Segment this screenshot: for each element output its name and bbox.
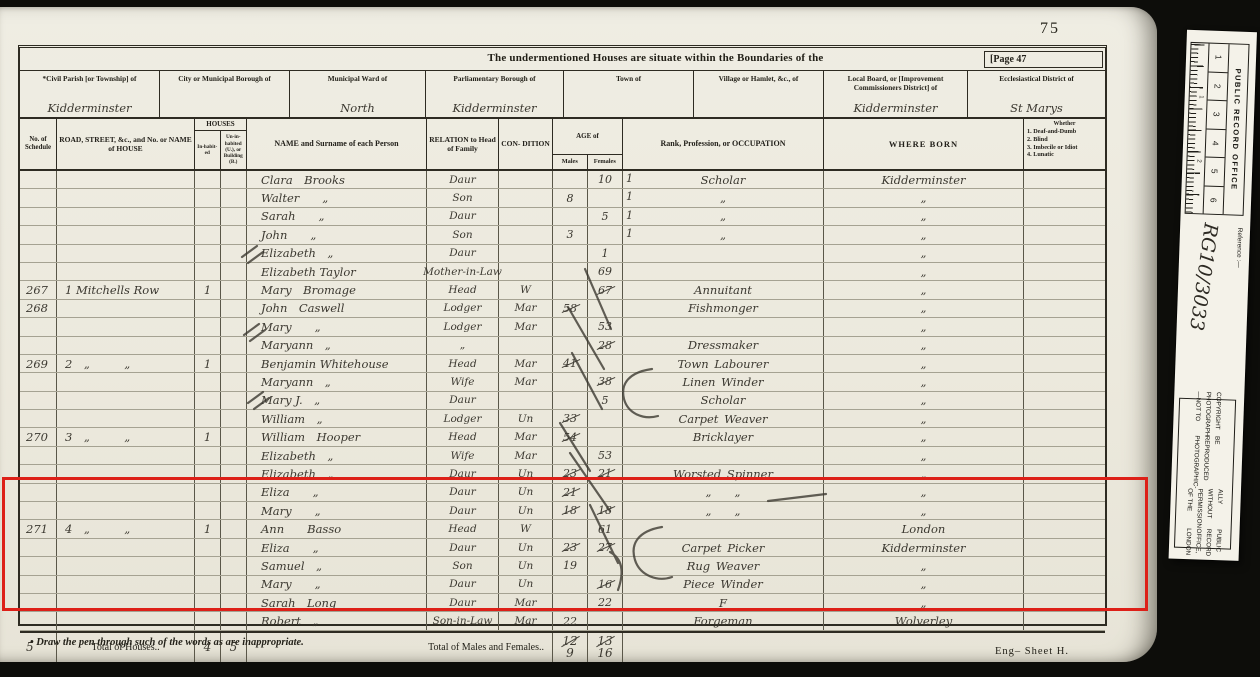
cell-f: 67 [588, 281, 623, 298]
reference-value: RG10/3033 [1185, 221, 1222, 331]
census-scan: { "page": { "number": "75", "page_ref": … [0, 0, 1260, 677]
cell-cond: Mar [499, 300, 553, 317]
cell-name: Maryann „ [247, 337, 427, 354]
cell-road: 1 Mitchells Row [57, 281, 195, 298]
table-row: William „LodgerUn33Carpet Weaver„ [20, 410, 1105, 428]
cell-rel: Lodger [427, 410, 499, 427]
cell-occ [623, 263, 824, 280]
table-row: 2703 „ „1William HooperHeadMar54Bricklay… [20, 428, 1105, 446]
cell-uninh [221, 189, 247, 206]
cell-m: 33 [553, 410, 588, 427]
cell-rel: Daur [427, 208, 499, 225]
cell-dis [1024, 337, 1105, 354]
cell-m: 3 [553, 226, 588, 243]
cell-m [553, 263, 588, 280]
cell-sch [20, 612, 57, 629]
cell-occ [623, 245, 824, 262]
cell-inh [195, 189, 221, 206]
cell-m [553, 447, 588, 464]
cell-sch: 270 [20, 428, 57, 445]
cell-sch [20, 189, 57, 206]
cell-sch [20, 318, 57, 335]
cell-name: Mary J. „ [247, 392, 427, 409]
cell-occ: 1„ [623, 189, 824, 206]
cell-cond: Un [499, 410, 553, 427]
page-ref-box: [Page 47 [984, 51, 1103, 68]
cell-rel: Wife [427, 373, 499, 390]
district-field: Village or Hamlet, &c., of [694, 71, 824, 117]
cell-uninh [221, 226, 247, 243]
cell-born: „ [824, 337, 1024, 354]
cell-f: 28 [588, 337, 623, 354]
column-headers: No. of Schedule ROAD, STREET, &c., and N… [20, 119, 1105, 171]
cell-occ: 1„ [623, 226, 824, 243]
cell-name: Elizabeth Taylor [247, 263, 427, 280]
cell-inh [195, 208, 221, 225]
table-row: Mary „LodgerMar53„ [20, 318, 1105, 336]
cell-uninh [221, 263, 247, 280]
table-row: John „Son31„„ [20, 226, 1105, 244]
table-row: Walter „Son81„„ [20, 189, 1105, 207]
cell-rel: Son [427, 189, 499, 206]
cell-f [588, 300, 623, 317]
cell-road: 3 „ „ [57, 428, 195, 445]
cell-m [553, 208, 588, 225]
cell-name: Mary Bromage [247, 281, 427, 298]
cell-m [553, 373, 588, 390]
cell-road [57, 171, 195, 188]
cell-m [553, 281, 588, 298]
cell-dis [1024, 373, 1105, 390]
table-row: Elizabeth TaylorMother-in-Law69„ [20, 263, 1105, 281]
cell-road [57, 263, 195, 280]
cell-name: William „ [247, 410, 427, 427]
cell-uninh [221, 447, 247, 464]
cell-born: Wolverley [824, 612, 1024, 629]
cell-occ: Forgeman [623, 612, 824, 629]
cell-rel: Head [427, 281, 499, 298]
cell-dis [1024, 428, 1105, 445]
cell-rel: „ [427, 337, 499, 354]
cell-rel: Daur [427, 245, 499, 262]
cell-sch [20, 245, 57, 262]
cell-dis [1024, 447, 1105, 464]
cell-sch: 269 [20, 355, 57, 372]
cell-m [553, 171, 588, 188]
cell-dis [1024, 392, 1105, 409]
cell-inh [195, 171, 221, 188]
district-header: *Civil Parish [or Township] ofKiddermins… [20, 71, 1105, 119]
col-where-born: WHERE BORN [824, 119, 1024, 169]
cell-road: 2 „ „ [57, 355, 195, 372]
cell-born: „ [824, 447, 1024, 464]
cell-rel: Son [427, 226, 499, 243]
cell-sch [20, 208, 57, 225]
cell-name: Robert „ [247, 612, 427, 629]
cell-rel: Mother-in-Law [427, 263, 499, 280]
cell-f: 10 [588, 171, 623, 188]
cell-f [588, 226, 623, 243]
cell-dis [1024, 245, 1105, 262]
cell-sch [20, 392, 57, 409]
cell-born: „ [824, 245, 1024, 262]
cell-road [57, 208, 195, 225]
cell-uninh [221, 612, 247, 629]
cell-occ: Linen Winder [623, 373, 824, 390]
cell-sch [20, 373, 57, 390]
cell-inh [195, 300, 221, 317]
cell-name: Clara Brooks [247, 171, 427, 188]
col-road: ROAD, STREET, &c., and No. or NAME of HO… [57, 119, 195, 169]
cell-cond: Mar [499, 612, 553, 629]
cell-f [588, 612, 623, 629]
cell-inh [195, 245, 221, 262]
cell-inh [195, 373, 221, 390]
footnote: • Draw the pen through such of the words… [30, 637, 304, 648]
table-row: Elizabeth „WifeMar53„ [20, 447, 1105, 465]
cell-rel: Head [427, 355, 499, 372]
col-condition: CON- DITION [499, 119, 553, 169]
reference-label: Reference :— [1235, 228, 1243, 268]
cell-born: „ [824, 263, 1024, 280]
cell-cond [499, 208, 553, 225]
cell-m: 22 [553, 612, 588, 629]
reference-section: Reference :— RG10/3033 [1174, 218, 1250, 396]
cell-inh [195, 318, 221, 335]
cell-rel: Daur [427, 171, 499, 188]
cell-born: „ [824, 428, 1024, 445]
cell-m: 54 [553, 428, 588, 445]
cell-occ: Scholar [623, 392, 824, 409]
cell-f [588, 189, 623, 206]
table-row: 2692 „ „1Benjamin WhitehouseHeadMar41Tow… [20, 355, 1105, 373]
cell-dis [1024, 355, 1105, 372]
table-row: Elizabeth „Daur1„ [20, 245, 1105, 263]
ruler: 1 2 1 2 3 4 5 6 PUBLIC RECORD OFFICE [1185, 42, 1250, 216]
census-page: 75 The undermentioned Houses are situate… [0, 7, 1157, 662]
cell-uninh [221, 392, 247, 409]
cell-cond [499, 392, 553, 409]
cell-dis [1024, 171, 1105, 188]
cell-occ: Town Labourer [623, 355, 824, 372]
cell-born: „ [824, 281, 1024, 298]
cell-occ: Annuitant [623, 281, 824, 298]
cell-uninh [221, 300, 247, 317]
cell-cond [499, 171, 553, 188]
cell-f [588, 355, 623, 372]
cell-rel: Daur [427, 392, 499, 409]
cell-road [57, 245, 195, 262]
cell-rel: Wife [427, 447, 499, 464]
cell-inh [195, 410, 221, 427]
district-field: Parliamentary Borough ofKidderminster [426, 71, 564, 117]
cell-f: 69 [588, 263, 623, 280]
total-females: 1316 [588, 633, 623, 662]
col-males: Males [553, 155, 588, 169]
cell-dis [1024, 226, 1105, 243]
cell-f: 5 [588, 392, 623, 409]
cell-sch [20, 226, 57, 243]
cell-road [57, 226, 195, 243]
cell-sch: 267 [20, 281, 57, 298]
cell-name: Elizabeth „ [247, 245, 427, 262]
record-highlight-box [2, 477, 1148, 611]
cell-uninh [221, 245, 247, 262]
cell-occ: Bricklayer [623, 428, 824, 445]
cell-occ: 1„ [623, 208, 824, 225]
table-row: 2671 Mitchells Row1Mary BromageHeadW67An… [20, 281, 1105, 299]
cell-dis [1024, 281, 1105, 298]
cell-f: 1 [588, 245, 623, 262]
cell-name: Maryann „ [247, 373, 427, 390]
cell-inh [195, 263, 221, 280]
cell-f [588, 428, 623, 445]
cell-born: „ [824, 392, 1024, 409]
page-number: 75 [1040, 20, 1060, 38]
cell-f: 5 [588, 208, 623, 225]
cell-rel: Son-in-Law [427, 612, 499, 629]
cell-inh [195, 447, 221, 464]
cell-name: Sarah „ [247, 208, 427, 225]
cell-inh [195, 392, 221, 409]
cell-occ: 1Scholar [623, 171, 824, 188]
col-name: NAME and Surname of each Person [247, 119, 427, 169]
cell-inh: 1 [195, 281, 221, 298]
pro-reference-slip: 1 2 1 2 3 4 5 6 PUBLIC RECORD OFFICE Ref… [1169, 30, 1257, 561]
cell-name: Benjamin Whitehouse [247, 355, 427, 372]
col-inhabited: In-habit-ed [195, 131, 221, 169]
col-age: AGE of Males Females [553, 119, 623, 169]
cell-inh [195, 612, 221, 629]
cell-name: William Hooper [247, 428, 427, 445]
district-field: *Civil Parish [or Township] ofKiddermins… [20, 71, 160, 117]
district-field: Ecclesiastical District ofSt Marys [968, 71, 1105, 117]
cell-sch [20, 447, 57, 464]
col-relation: RELATION to Head of Family [427, 119, 499, 169]
cell-uninh [221, 355, 247, 372]
cell-road [57, 318, 195, 335]
cell-uninh [221, 373, 247, 390]
cell-sch [20, 171, 57, 188]
cell-cond: Mar [499, 373, 553, 390]
cell-cond: Mar [499, 318, 553, 335]
cell-inh [195, 337, 221, 354]
col-occupation: Rank, Profession, or OCCUPATION [623, 119, 824, 169]
cell-m: 41 [553, 355, 588, 372]
cell-f: 53 [588, 447, 623, 464]
table-row: 268John CaswellLodgerMar58Fishmonger„ [20, 300, 1105, 318]
cell-name: John „ [247, 226, 427, 243]
cell-born: „ [824, 208, 1024, 225]
table-row: Robert „Son-in-LawMar22ForgemanWolverley [20, 612, 1105, 630]
cell-road [57, 447, 195, 464]
cell-born: „ [824, 318, 1024, 335]
cell-m [553, 245, 588, 262]
cell-sch [20, 337, 57, 354]
cell-rel: Lodger [427, 318, 499, 335]
district-field: Town of [564, 71, 694, 117]
cell-name: Walter „ [247, 189, 427, 206]
col-disability: Whether 1. Deaf-and-Dumb 2. Blind 3. Imb… [1024, 119, 1105, 169]
cell-born: „ [824, 410, 1024, 427]
cell-cond: W [499, 281, 553, 298]
cell-cond: Mar [499, 447, 553, 464]
cell-inh: 1 [195, 428, 221, 445]
table-row: Sarah „Daur51„„ [20, 208, 1105, 226]
cell-dis [1024, 300, 1105, 317]
col-uninhabited: Un-in-habited (U.), or Building (B.) [221, 131, 247, 169]
cell-road [57, 189, 195, 206]
cell-cond [499, 226, 553, 243]
cell-dis [1024, 189, 1105, 206]
cell-occ: Fishmonger [623, 300, 824, 317]
cell-born: „ [824, 373, 1024, 390]
cell-cond [499, 245, 553, 262]
cell-uninh [221, 337, 247, 354]
cell-f: 38 [588, 373, 623, 390]
cell-f: 53 [588, 318, 623, 335]
cell-born: Kidderminster [824, 171, 1024, 188]
cell-born: „ [824, 226, 1024, 243]
cell-m [553, 392, 588, 409]
cell-occ [623, 318, 824, 335]
cell-born: „ [824, 189, 1024, 206]
cell-m [553, 337, 588, 354]
cell-uninh [221, 428, 247, 445]
table-title-row: The undermentioned Houses are situate wi… [20, 48, 1105, 71]
cell-name: Mary „ [247, 318, 427, 335]
cell-name: John Caswell [247, 300, 427, 317]
cell-uninh [221, 171, 247, 188]
cell-road [57, 392, 195, 409]
copyright-notice: COPYRIGHT PHOTOGRAPH—NOT TO BE REPRODUCE… [1174, 398, 1236, 550]
cell-dis [1024, 208, 1105, 225]
cell-occ [623, 447, 824, 464]
cell-road [57, 300, 195, 317]
cell-road [57, 337, 195, 354]
table-row: Maryann „WifeMar38Linen Winder„ [20, 373, 1105, 391]
cell-uninh [221, 318, 247, 335]
sheet-label: Eng– Sheet H. [995, 646, 1069, 657]
total-males: 129 [553, 633, 588, 662]
district-field: Municipal Ward ofNorth [290, 71, 426, 117]
cell-cond [499, 337, 553, 354]
cell-occ: Carpet Weaver [623, 410, 824, 427]
cell-m: 58 [553, 300, 588, 317]
cell-rel: Lodger [427, 300, 499, 317]
cell-m [553, 318, 588, 335]
cell-dis [1024, 263, 1105, 280]
cell-dis [1024, 318, 1105, 335]
cell-dis [1024, 612, 1105, 629]
cell-f [588, 410, 623, 427]
cell-occ: Dressmaker [623, 337, 824, 354]
cell-inh [195, 226, 221, 243]
cell-road [57, 612, 195, 629]
col-schedule: No. of Schedule [20, 119, 57, 169]
district-field: City or Municipal Borough of [160, 71, 290, 117]
cell-dis [1024, 410, 1105, 427]
cell-inh: 1 [195, 355, 221, 372]
cell-road [57, 373, 195, 390]
table-row: Mary J. „Daur5Scholar„ [20, 392, 1105, 410]
district-field: Local Board, or [Improvement Commissione… [824, 71, 968, 117]
cell-born: „ [824, 355, 1024, 372]
col-houses: HOUSES In-habit-ed Un-in-habited (U.), o… [195, 119, 247, 169]
table-row: Maryann „„28Dressmaker„ [20, 337, 1105, 355]
cell-uninh [221, 410, 247, 427]
cell-cond [499, 263, 553, 280]
cell-sch [20, 410, 57, 427]
cell-road [57, 410, 195, 427]
cell-rel: Head [427, 428, 499, 445]
cell-born: „ [824, 300, 1024, 317]
table-row: Clara BrooksDaur101ScholarKidderminster [20, 171, 1105, 189]
cell-cond: Mar [499, 428, 553, 445]
table-title: The undermentioned Houses are situate wi… [20, 52, 1105, 64]
cell-uninh [221, 281, 247, 298]
cell-cond [499, 189, 553, 206]
cell-uninh [221, 208, 247, 225]
cell-sch [20, 263, 57, 280]
cell-cond: Mar [499, 355, 553, 372]
cell-name: Elizabeth „ [247, 447, 427, 464]
cell-m: 8 [553, 189, 588, 206]
cell-sch: 268 [20, 300, 57, 317]
col-females: Females [588, 155, 623, 169]
